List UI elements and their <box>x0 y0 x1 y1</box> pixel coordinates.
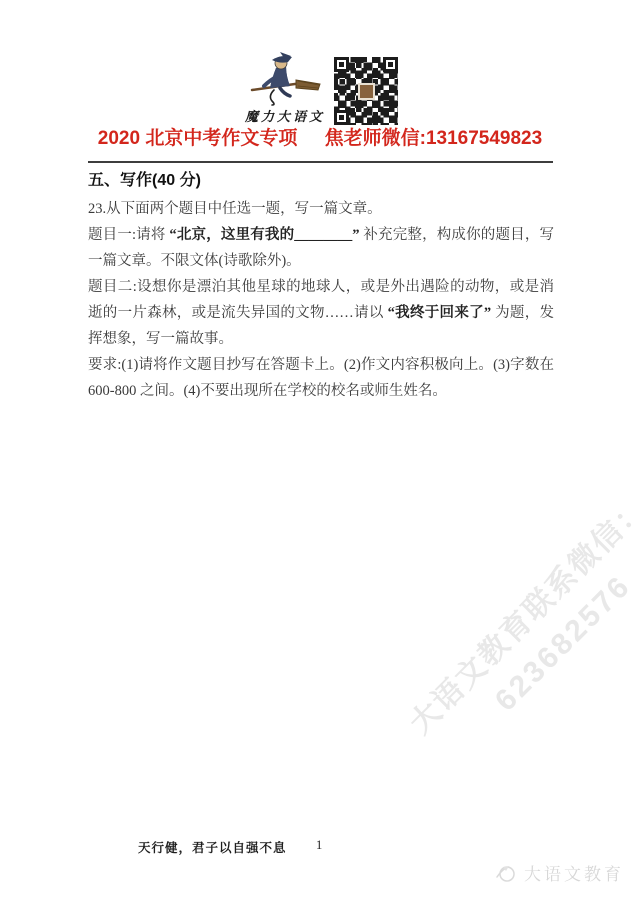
watermark-line1: 大语文教育联系微信： <box>400 480 640 744</box>
divider-line <box>88 161 553 163</box>
requirements: 要求:(1)请将作文题目抄写在答题卡上。(2)作文内容积极向上。(3)字数在 6… <box>88 352 554 404</box>
brand-block: 魔力大语文 <box>242 50 328 125</box>
footer-motto: 天行健，君子以自强不息 <box>138 838 287 856</box>
qr-code <box>334 57 398 125</box>
topic-one: 题目一:请将 “北京，这里有我的________” 补充完整，构成你的题目，写一… <box>88 222 554 274</box>
teacher-wechat-text: 焦老师微信:13167549823 <box>325 128 543 149</box>
qr-finder-icon <box>334 57 349 72</box>
course-title-text: 2020 北京中考作文专项 <box>98 128 298 149</box>
qr-finder-icon <box>383 57 398 72</box>
topic-two-title: “我终于回来了” <box>388 305 492 321</box>
witch-on-broom-icon <box>246 50 324 106</box>
topic-one-pre: 题目一:请将 <box>88 227 169 243</box>
brand-footer: 大语文教育 <box>494 860 624 885</box>
course-title: 2020 北京中考作文专项 焦老师微信:13167549823 <box>0 123 640 150</box>
topic-one-title: “北京，这里有我的________” <box>169 227 359 243</box>
brand-footer-text: 大语文教育 <box>524 860 624 885</box>
qr-center-logo <box>358 83 375 100</box>
section-heading: 五、写作(40 分) <box>88 169 554 193</box>
watermark-line2: 623682576 <box>431 511 640 775</box>
exam-content: 五、写作(40 分) 23.从下面两个题目中任选一题，写一篇文章。 题目一:请将… <box>88 169 554 404</box>
watermark: 大语文教育联系微信： 623682576 <box>400 480 640 776</box>
page-number: 1 <box>316 838 322 853</box>
topic-two: 题目二:设想你是漂泊其他星球的地球人，或是外出遇险的动物，或是消逝的一片森林，或… <box>88 274 554 352</box>
page-header: 魔力大语文 <box>0 50 640 125</box>
brand-mini-icon <box>494 861 518 885</box>
document-page: 魔力大语文 2020 北京中考作文专项 焦老师微信:13167549823 五、… <box>0 0 640 906</box>
question-intro: 23.从下面两个题目中任选一题，写一篇文章。 <box>88 196 554 222</box>
